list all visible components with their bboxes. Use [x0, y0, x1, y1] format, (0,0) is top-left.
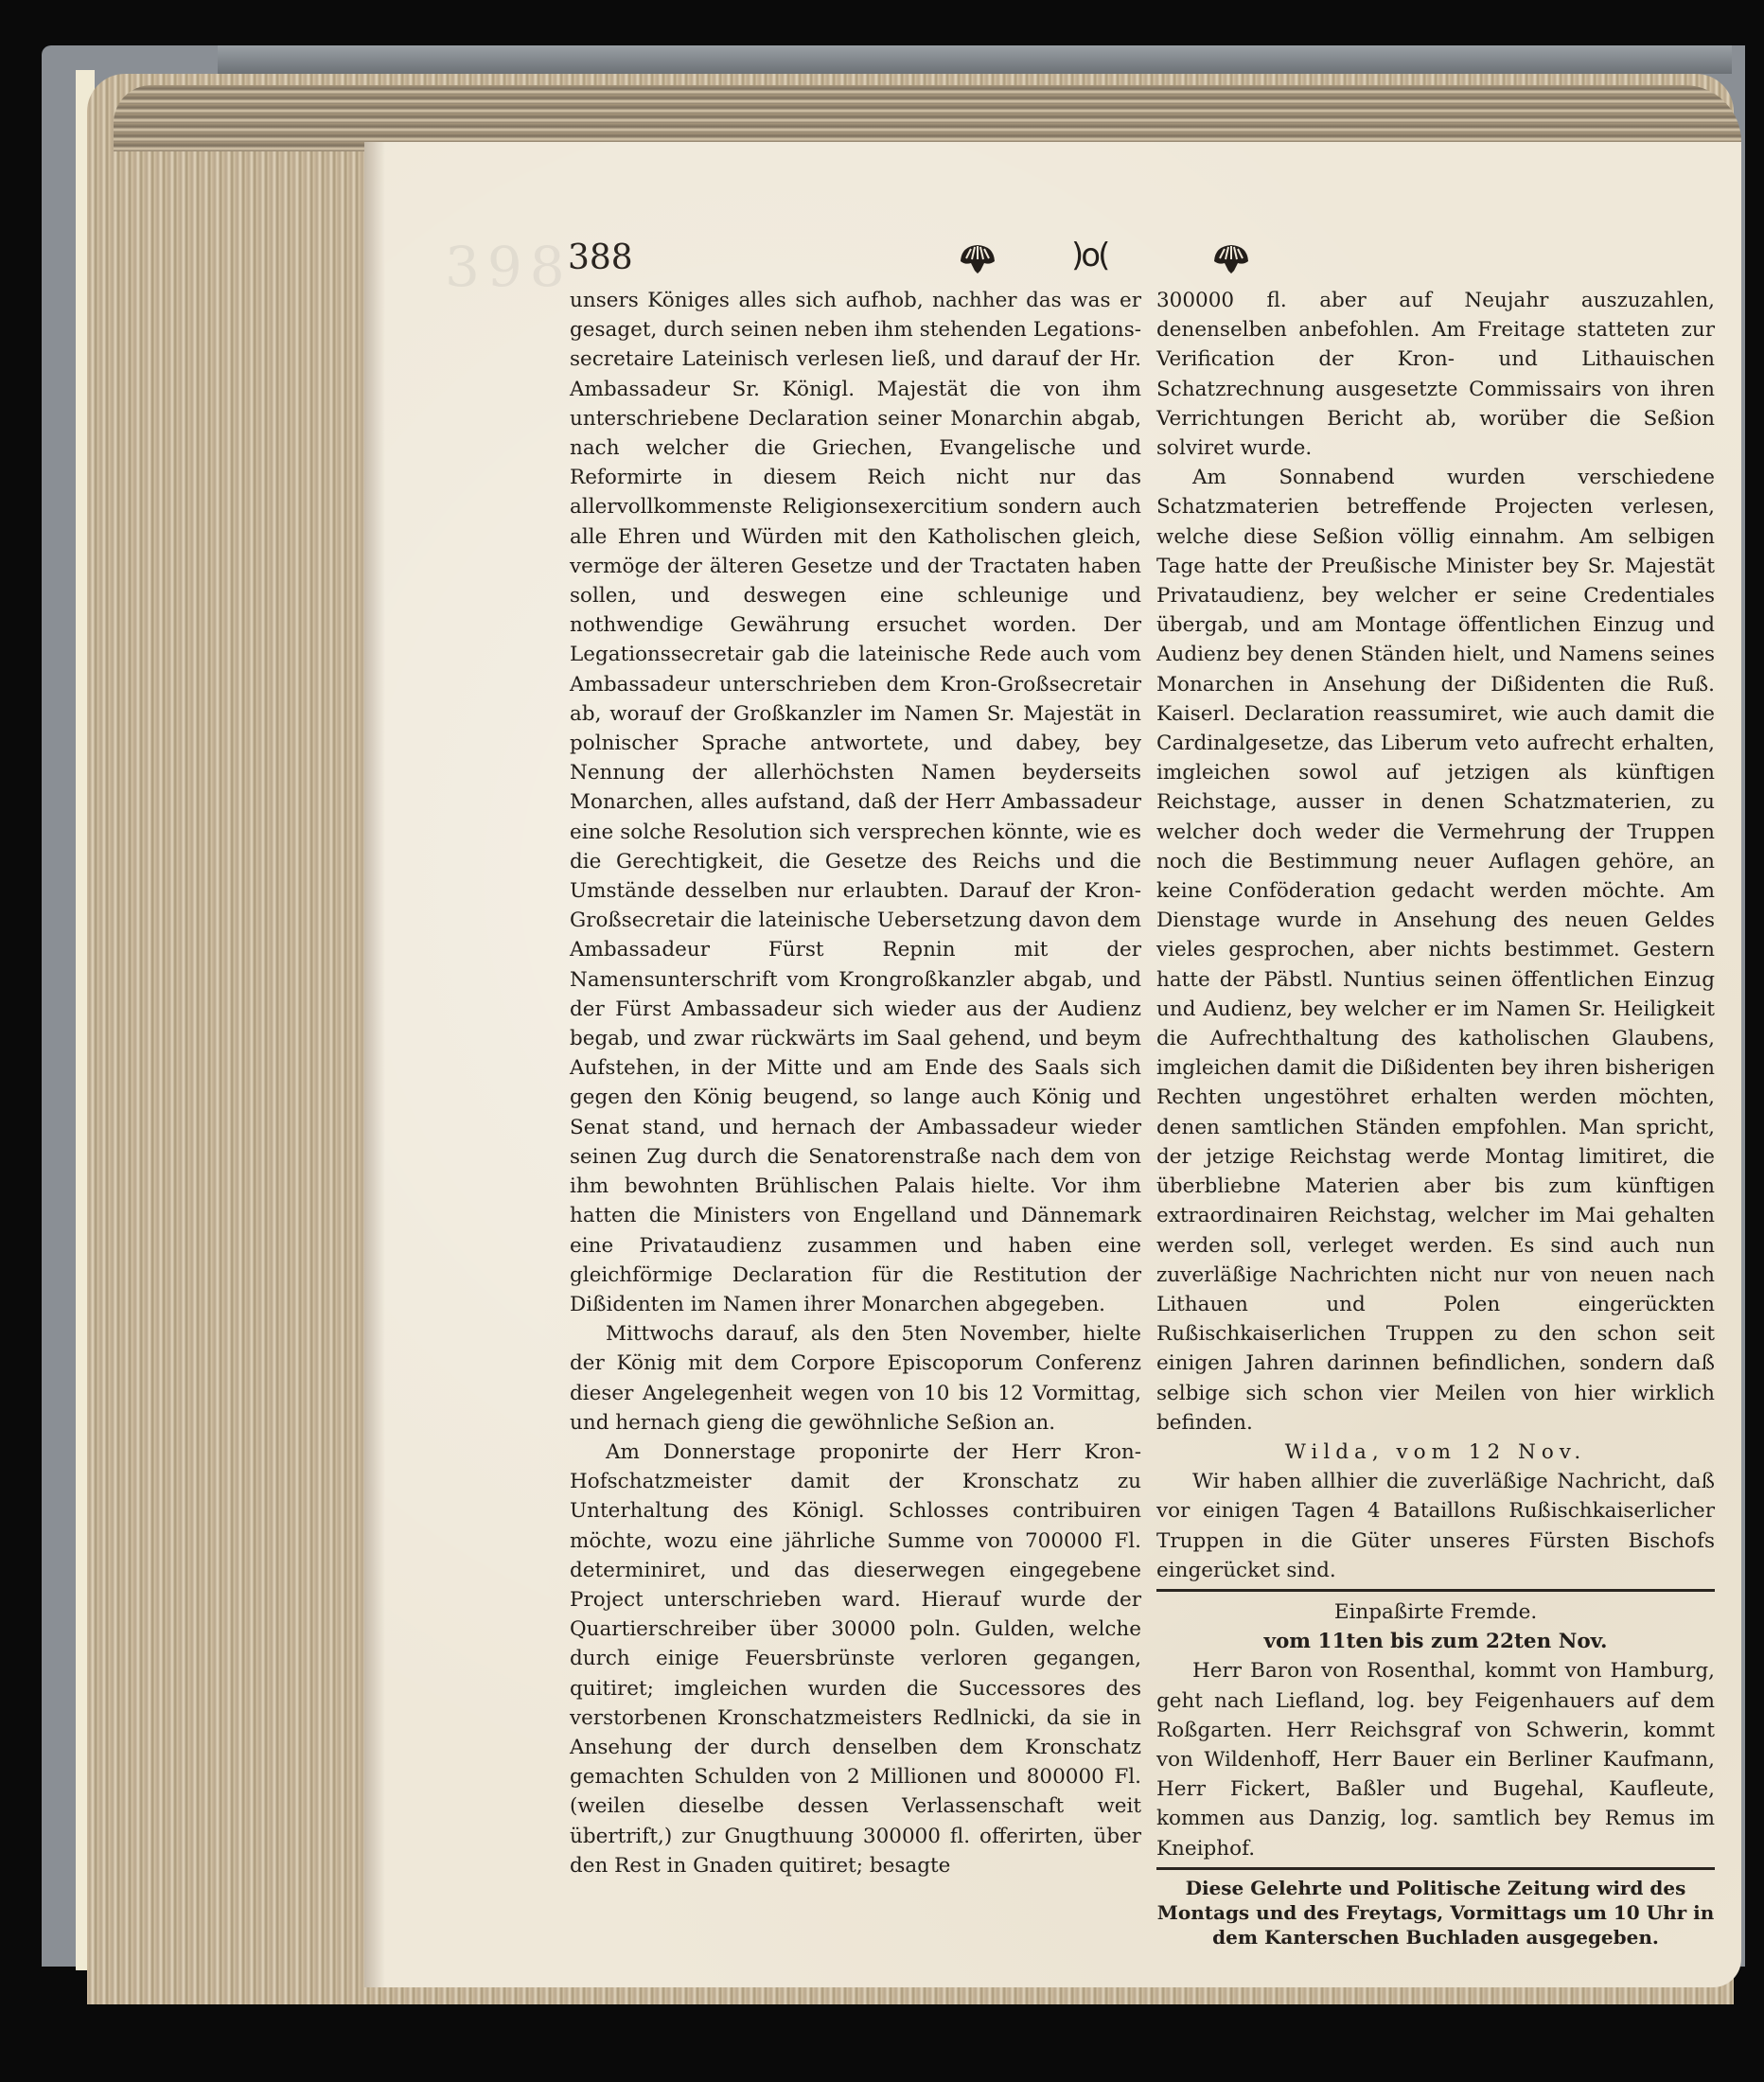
publication-notice: Diese Gelehrte und Politische Zeitung wi… — [1156, 1876, 1715, 1950]
right-column: 300000 fl. aber auf Neujahr auszuzahlen,… — [1156, 286, 1715, 1950]
article-paragraph: Am Sonnabend wurden verschiedene Schatzm… — [1156, 463, 1715, 1438]
book-cover-top-edge — [218, 45, 1732, 74]
section-divider — [1156, 1589, 1715, 1592]
section-divider — [1156, 1867, 1715, 1870]
arrivals-date-range: vom 11ten bis zum 22ten Nov. — [1156, 1627, 1715, 1656]
bleed-through-page-number: 398 — [445, 235, 573, 299]
page-header: 388 )o( — [568, 238, 1713, 280]
scallop-shell-icon — [1211, 242, 1251, 276]
article-paragraph: Am Donnerstage proponirte der Herr Kron-… — [570, 1438, 1141, 1880]
article-paragraph: Wir haben allhier die zuverläßige Nachri… — [1156, 1467, 1715, 1585]
arrivals-title: Einpaßirte Fremde. — [1156, 1597, 1715, 1627]
article-paragraph: unsers Königes alles sich aufhob, nachhe… — [570, 286, 1141, 1319]
scallop-shell-icon — [958, 242, 997, 276]
gutter-shadow — [364, 142, 385, 1987]
left-column: unsers Königes alles sich aufhob, nachhe… — [570, 286, 1141, 1880]
article-paragraph: Mittwochs darauf, als den 5ten November,… — [570, 1319, 1141, 1438]
article-paragraph: 300000 fl. aber auf Neujahr auszuzahlen,… — [1156, 286, 1715, 463]
page-number: 388 — [568, 238, 633, 277]
header-center-ornament: )o( — [1071, 237, 1107, 274]
arrivals-list: Herr Baron von Rosenthal, kommt von Hamb… — [1156, 1656, 1715, 1862]
dateline-wilda: Wilda, vom 12 Nov. — [1156, 1438, 1715, 1467]
